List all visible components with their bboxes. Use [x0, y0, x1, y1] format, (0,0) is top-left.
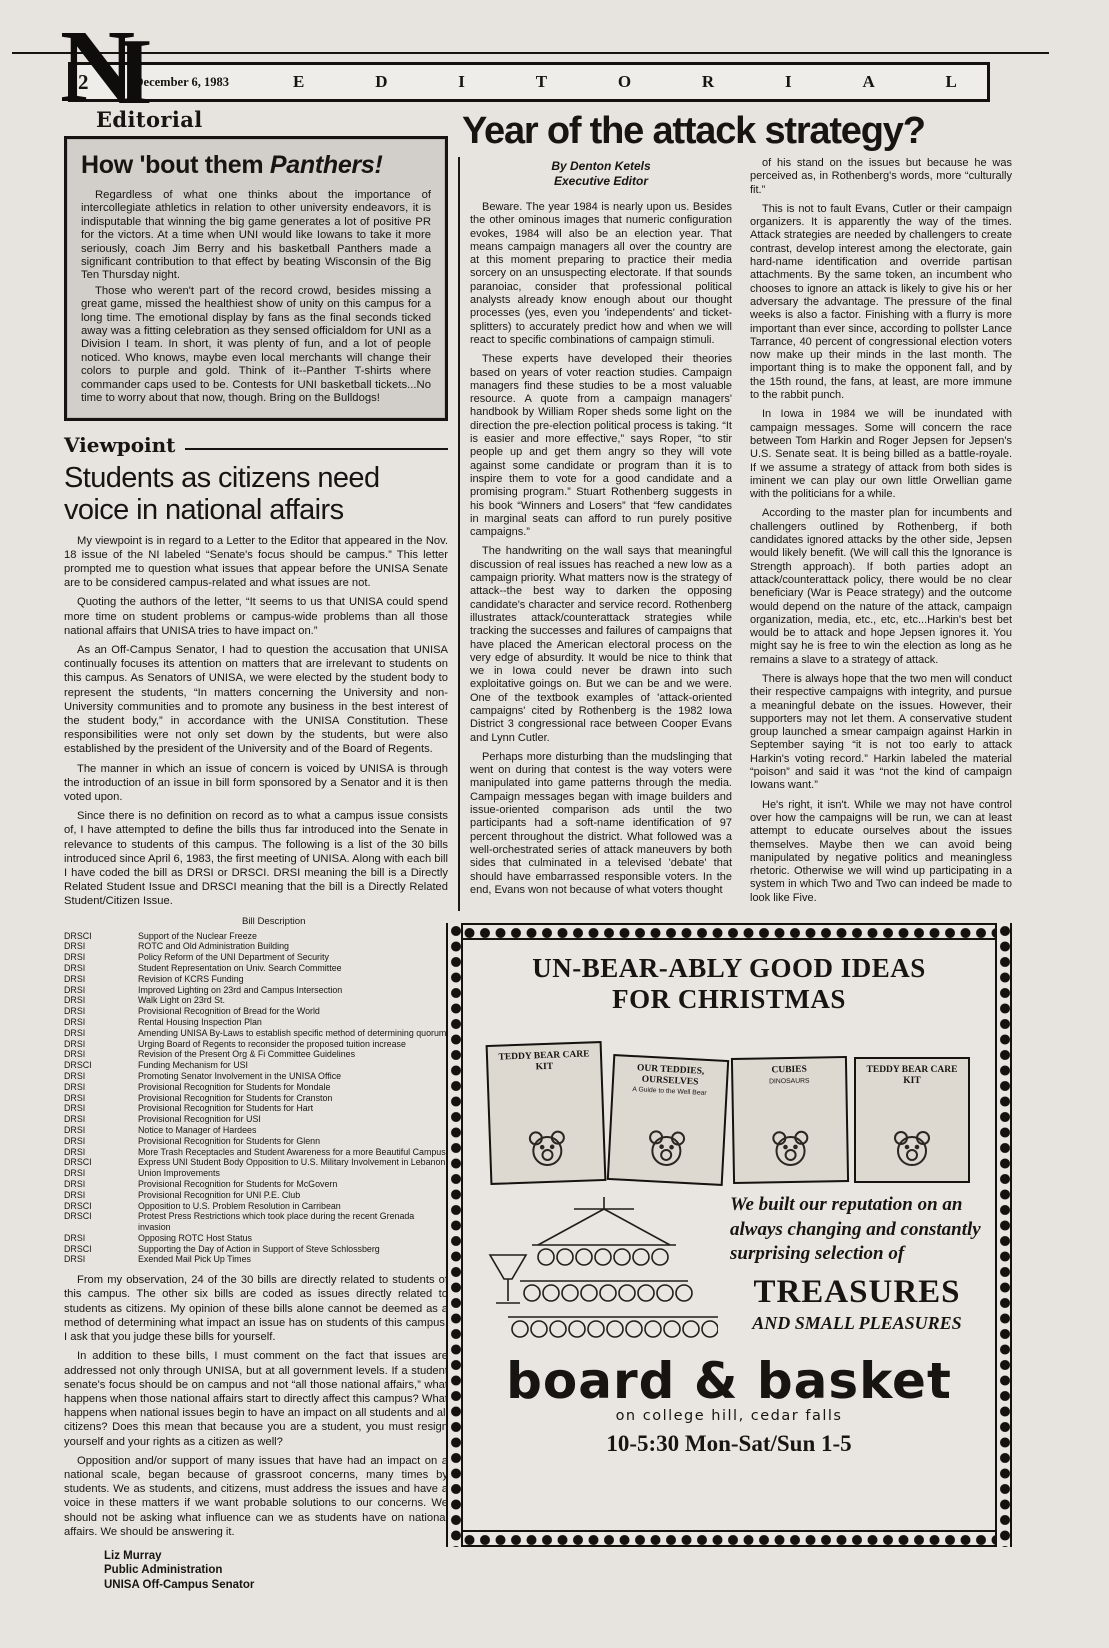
section-letter: D: [375, 72, 387, 92]
section-letter: R: [702, 72, 714, 92]
bill-list: Bill Description DRSCI Support of the Nu…: [64, 916, 448, 1266]
bill-code: DRSI: [64, 995, 138, 1006]
glassware-rack-illustration: [466, 1193, 718, 1351]
byline: By Denton Ketels Executive Editor: [470, 159, 732, 189]
ad-tagline: We built our reputation on an always cha…: [722, 1193, 992, 1267]
bill-code: DRSI: [64, 1071, 138, 1082]
bill-code: DRSCI: [64, 931, 138, 942]
bill-description: Protest Press Restrictions which took pl…: [138, 1211, 448, 1233]
product-title: OUR TEDDIES, OURSELVES: [620, 1062, 721, 1088]
teddy-bear-icon: [759, 1123, 822, 1175]
bill-row: DRSI Walk Light on 23rd St.: [64, 995, 448, 1006]
logo-letter-i: I: [116, 34, 153, 110]
bill-code: DRSI: [64, 1049, 138, 1060]
bill-description: Student Representation on Univ. Search C…: [138, 963, 448, 974]
bill-code: DRSI: [64, 963, 138, 974]
ad-copy-block: We built our reputation on an always cha…: [718, 1193, 992, 1334]
advertisement-board-and-basket: UN-BEAR-ABLY GOOD IDEAS FOR CHRISTMAS TE…: [446, 923, 1012, 1547]
product-cover: OUR TEDDIES, OURSELVES A Guide to the We…: [607, 1054, 729, 1186]
byline-title: Executive Editor: [470, 174, 732, 189]
paragraph: According to the master plan for incumbe…: [750, 507, 1012, 667]
paragraph: Beware. The year 1984 is nearly upon us.…: [470, 201, 732, 347]
bill-code: DRSI: [64, 1136, 138, 1147]
left-column: How 'bout them Panthers! Regardless of w…: [64, 136, 448, 1592]
bill-code: DRSI: [64, 1179, 138, 1190]
section-letter: I: [785, 72, 792, 92]
signature-line: Public Administration: [104, 1563, 448, 1578]
teddy-bear-icon: [515, 1123, 579, 1176]
bill-description: Revision of KCRS Funding: [138, 974, 448, 985]
bill-row: DRSI Notice to Manager of Hardees: [64, 1125, 448, 1136]
bill-description: Support of the Nuclear Freeze: [138, 931, 448, 942]
bill-code: DRSI: [64, 985, 138, 996]
bill-row: DRSI Provisional Recognition for Student…: [64, 1082, 448, 1093]
bill-description: Provisional Recognition for Students for…: [138, 1093, 448, 1104]
bill-code: DRSI: [64, 1125, 138, 1136]
ad-ornate-border-top: [446, 923, 1012, 940]
store-location: on college hill, cedar falls: [616, 1408, 843, 1424]
bill-code: DRSI: [64, 1190, 138, 1201]
ad-ornate-border-left: [446, 923, 463, 1547]
paragraph: The handwriting on the wall says that me…: [470, 545, 732, 744]
bill-row: DRSI Provisional Recognition of Bread fo…: [64, 1006, 448, 1017]
product-cover: TEDDY BEAR CARE KIT: [486, 1041, 607, 1185]
viewpoint-article: Viewpoint Students as citizens need voic…: [64, 433, 448, 1593]
bill-description: Provisional Recognition for Students for…: [138, 1082, 448, 1093]
bill-description: Provisional Recognition of Bread for the…: [138, 1006, 448, 1017]
bill-code: DRSI: [64, 1233, 138, 1244]
bill-code: DRSI: [64, 1103, 138, 1114]
paragraph: From my observation, 24 of the 30 bills …: [64, 1273, 448, 1344]
bill-row: DRSCI Express UNI Student Body Oppositio…: [64, 1157, 448, 1168]
paragraph: Quoting the authors of the letter, “It s…: [64, 595, 448, 638]
bill-list-header: Bill Description: [64, 916, 448, 927]
attack-col1-text: Beware. The year 1984 is nearly upon us.…: [470, 201, 732, 897]
bill-description: Provisional Recognition for Students for…: [138, 1103, 448, 1114]
bill-code: DRSI: [64, 1082, 138, 1093]
bill-row: DRSI Provisional Recognition for Student…: [64, 1103, 448, 1114]
byline-author: By Denton Ketels: [470, 159, 732, 174]
bill-row: DRSI Provisional Recognition for Student…: [64, 1136, 448, 1147]
bill-description: Express UNI Student Body Opposition to U…: [138, 1157, 448, 1168]
product-title: TEDDY BEAR CARE KIT: [862, 1065, 962, 1086]
bill-description: Notice to Manager of Hardees: [138, 1125, 448, 1136]
bill-code: DRSI: [64, 1006, 138, 1017]
store-hours: 10-5:30 Mon-Sat/Sun 1-5: [606, 1431, 851, 1457]
ad-ornate-border-right: [995, 923, 1012, 1547]
bill-rows: DRSCI Support of the Nuclear Freeze DRSI…: [64, 931, 448, 1266]
attack-article-headline: Year of the attack strategy?: [462, 110, 1012, 153]
editorial-box-title: How 'bout them Panthers!: [81, 151, 431, 180]
bill-row: DRSI Revision of KCRS Funding: [64, 974, 448, 985]
bill-code: DRSCI: [64, 1244, 138, 1255]
paragraph: In Iowa in 1984 we will be inundated wit…: [750, 408, 1012, 501]
bill-code: DRSI: [64, 1093, 138, 1104]
bill-code: DRSI: [64, 1017, 138, 1028]
bill-description: Promoting Senator Involvement in the UNI…: [138, 1071, 448, 1082]
section-letter: T: [536, 72, 547, 92]
bill-row: DRSI Exended Mail Pick Up Times: [64, 1254, 448, 1265]
teddy-bear-icon: [634, 1122, 699, 1176]
paragraph: Regardless of what one thinks about the …: [81, 189, 431, 283]
right-column: Year of the attack strategy? By Denton K…: [458, 136, 1012, 1592]
bill-code: DRSCI: [64, 1060, 138, 1071]
bill-row: DRSCI Supporting the Day of Action in Su…: [64, 1244, 448, 1255]
signature-line: Liz Murray: [104, 1549, 448, 1564]
bill-description: Supporting the Day of Action in Support …: [138, 1244, 448, 1255]
bill-code: DRSI: [64, 952, 138, 963]
paragraph: In addition to these bills, I must comme…: [64, 1349, 448, 1448]
bill-code: DRSI: [64, 974, 138, 985]
bill-description: Revision of the Present Org & Fi Committ…: [138, 1049, 448, 1060]
product-cover: CUBIES DINOSAURS: [731, 1056, 849, 1184]
bill-description: Opposition to U.S. Problem Resolution in…: [138, 1201, 448, 1212]
bill-row: DRSI Promoting Senator Involvement in th…: [64, 1071, 448, 1082]
attack-article-columns: By Denton Ketels Executive Editor Beware…: [458, 157, 1012, 911]
viewpoint-kicker-row: Viewpoint: [64, 433, 448, 457]
product-title: CUBIES: [771, 1065, 807, 1076]
bill-description: Policy Reform of the UNI Department of S…: [138, 952, 448, 963]
bill-description: Union Improvements: [138, 1168, 448, 1179]
paragraph: Perhaps more disturbing than the mudslin…: [470, 751, 732, 897]
paragraph: Those who weren't part of the record cro…: [81, 285, 431, 406]
paragraph: These experts have developed their theor…: [470, 353, 732, 539]
bill-code: DRSCI: [64, 1157, 138, 1168]
ad-middle-row: We built our reputation on an always cha…: [466, 1193, 992, 1351]
bill-code: DRSI: [64, 1039, 138, 1050]
bill-description: Provisional Recognition for Students for…: [138, 1179, 448, 1190]
bill-code: DRSI: [64, 1147, 138, 1158]
paragraph: Opposition and/or support of many issues…: [64, 1454, 448, 1539]
bill-code: DRSI: [64, 1168, 138, 1179]
section-letter: L: [946, 72, 957, 92]
bill-description: Rental Housing Inspection Plan: [138, 1017, 448, 1028]
section-title-editorial: EDITORIAL: [293, 72, 957, 92]
bill-code: DRSI: [64, 941, 138, 952]
bill-row: DRSI Revision of the Present Org & Fi Co…: [64, 1049, 448, 1060]
editorial-box: How 'bout them Panthers! Regardless of w…: [64, 136, 448, 421]
section-letter: A: [862, 72, 874, 92]
paragraph: There is always hope that the two men wi…: [750, 673, 1012, 793]
bill-row: DRSI ROTC and Old Administration Buildin…: [64, 941, 448, 952]
bill-description: Opposing ROTC Host Status: [138, 1233, 448, 1244]
bill-code: DRSCI: [64, 1211, 138, 1233]
page-content: How 'bout them Panthers! Regardless of w…: [64, 136, 1012, 1592]
section-letter: O: [618, 72, 631, 92]
paragraph: The manner in which an issue of concern …: [64, 762, 448, 805]
viewpoint-body-bottom: From my observation, 24 of the 30 bills …: [64, 1273, 448, 1539]
product-cover: TEDDY BEAR CARE KIT: [854, 1057, 970, 1183]
author-signature: Liz MurrayPublic AdministrationUNISA Off…: [104, 1549, 448, 1593]
ad-small-pleasures-label: AND SMALL PLEASURES: [722, 1313, 992, 1334]
bill-row: DRSI Opposing ROTC Host Status: [64, 1233, 448, 1244]
viewpoint-headline: Students as citizens need voice in natio…: [64, 462, 448, 526]
bill-description: ROTC and Old Administration Building: [138, 941, 448, 952]
masthead-bar: 2 December 6, 1983 EDITORIAL: [68, 62, 990, 102]
store-name: board & basket: [506, 1355, 952, 1407]
paragraph: Since there is no definition on record a…: [64, 809, 448, 908]
attack-article-column-2: of his stand on the issues but because h…: [750, 157, 1012, 911]
bill-row: DRSI Student Representation on Univ. Sea…: [64, 963, 448, 974]
paragraph: As an Off-Campus Senator, I had to quest…: [64, 643, 448, 757]
bill-row: DRSI Union Improvements: [64, 1168, 448, 1179]
bill-description: Funding Mechanism for USI: [138, 1060, 448, 1071]
paragraph: He's right, it isn't. While we may not h…: [750, 799, 1012, 905]
bill-row: DRSI Provisional Recognition for Student…: [64, 1179, 448, 1190]
ad-product-covers: TEDDY BEAR CARE KIT: [488, 1031, 970, 1183]
product-title: TEDDY BEAR CARE KIT: [494, 1049, 595, 1073]
bill-description: Improved Lighting on 23rd and Campus Int…: [138, 985, 448, 996]
ad-treasures-label: TREASURES: [722, 1274, 992, 1311]
bill-row: DRSI Provisional Recognition for Student…: [64, 1093, 448, 1104]
bill-description: Urging Board of Regents to reconsider th…: [138, 1039, 448, 1050]
bill-row: DRSI Policy Reform of the UNI Department…: [64, 952, 448, 963]
paragraph: This is not to fault Evans, Cutler or th…: [750, 203, 1012, 402]
bill-row: DRSI Urging Board of Regents to reconsid…: [64, 1039, 448, 1050]
bill-code: DRSI: [64, 1028, 138, 1039]
paragraph: My viewpoint is in regard to a Letter to…: [64, 534, 448, 591]
bill-description: Provisional Recognition for USI: [138, 1114, 448, 1125]
bill-description: Exended Mail Pick Up Times: [138, 1254, 448, 1265]
teddy-bear-icon: [881, 1124, 943, 1175]
ad-content: UN-BEAR-ABLY GOOD IDEAS FOR CHRISTMAS TE…: [466, 943, 992, 1527]
bill-description: Walk Light on 23rd St.: [138, 995, 448, 1006]
product-subtitle: DINOSAURS: [769, 1077, 810, 1085]
editorial-box-body: Regardless of what one thinks about the …: [81, 189, 431, 406]
bill-row: DRSI Amending UNISA By-Laws to establish…: [64, 1028, 448, 1039]
viewpoint-kicker: Viewpoint: [64, 433, 175, 457]
kicker-rule: [185, 448, 448, 450]
section-letter: I: [458, 72, 465, 92]
bill-row: DRSCI Support of the Nuclear Freeze: [64, 931, 448, 942]
bill-row: DRSCI Protest Press Restrictions which t…: [64, 1211, 448, 1233]
bill-description: Amending UNISA By-Laws to establish spec…: [138, 1028, 448, 1039]
attack-article-column-1: By Denton Ketels Executive Editor Beware…: [470, 157, 732, 911]
bill-description: Provisional Recognition for UNI P.E. Clu…: [138, 1190, 448, 1201]
bill-row: DRSI Rental Housing Inspection Plan: [64, 1017, 448, 1028]
editorial-section-label: Editorial: [96, 107, 203, 132]
bill-description: More Trash Receptacles and Student Aware…: [138, 1147, 448, 1158]
signature-line: UNISA Off-Campus Senator: [104, 1578, 448, 1593]
bill-row: DRSCI Opposition to U.S. Problem Resolut…: [64, 1201, 448, 1212]
ad-ornate-border-bottom: [446, 1530, 1012, 1547]
ad-headline: UN-BEAR-ABLY GOOD IDEAS FOR CHRISTMAS: [532, 953, 926, 1015]
bill-row: DRSI Provisional Recognition for USI: [64, 1114, 448, 1125]
bill-code: DRSCI: [64, 1201, 138, 1212]
bill-row: DRSI Provisional Recognition for UNI P.E…: [64, 1190, 448, 1201]
paragraph: of his stand on the issues but because h…: [750, 157, 1012, 197]
bill-row: DRSI Improved Lighting on 23rd and Campu…: [64, 985, 448, 996]
section-letter: E: [293, 72, 304, 92]
bill-description: Provisional Recognition for Students for…: [138, 1136, 448, 1147]
bill-code: DRSI: [64, 1114, 138, 1125]
bill-code: DRSI: [64, 1254, 138, 1265]
bill-row: DRSCI Funding Mechanism for USI: [64, 1060, 448, 1071]
bill-row: DRSI More Trash Receptacles and Student …: [64, 1147, 448, 1158]
product-subtitle: A Guide to the Well Bear: [632, 1086, 707, 1097]
newspaper-page: 2 December 6, 1983 EDITORIAL N I Editori…: [0, 0, 1109, 1648]
viewpoint-body-top: My viewpoint is in regard to a Letter to…: [64, 534, 448, 909]
